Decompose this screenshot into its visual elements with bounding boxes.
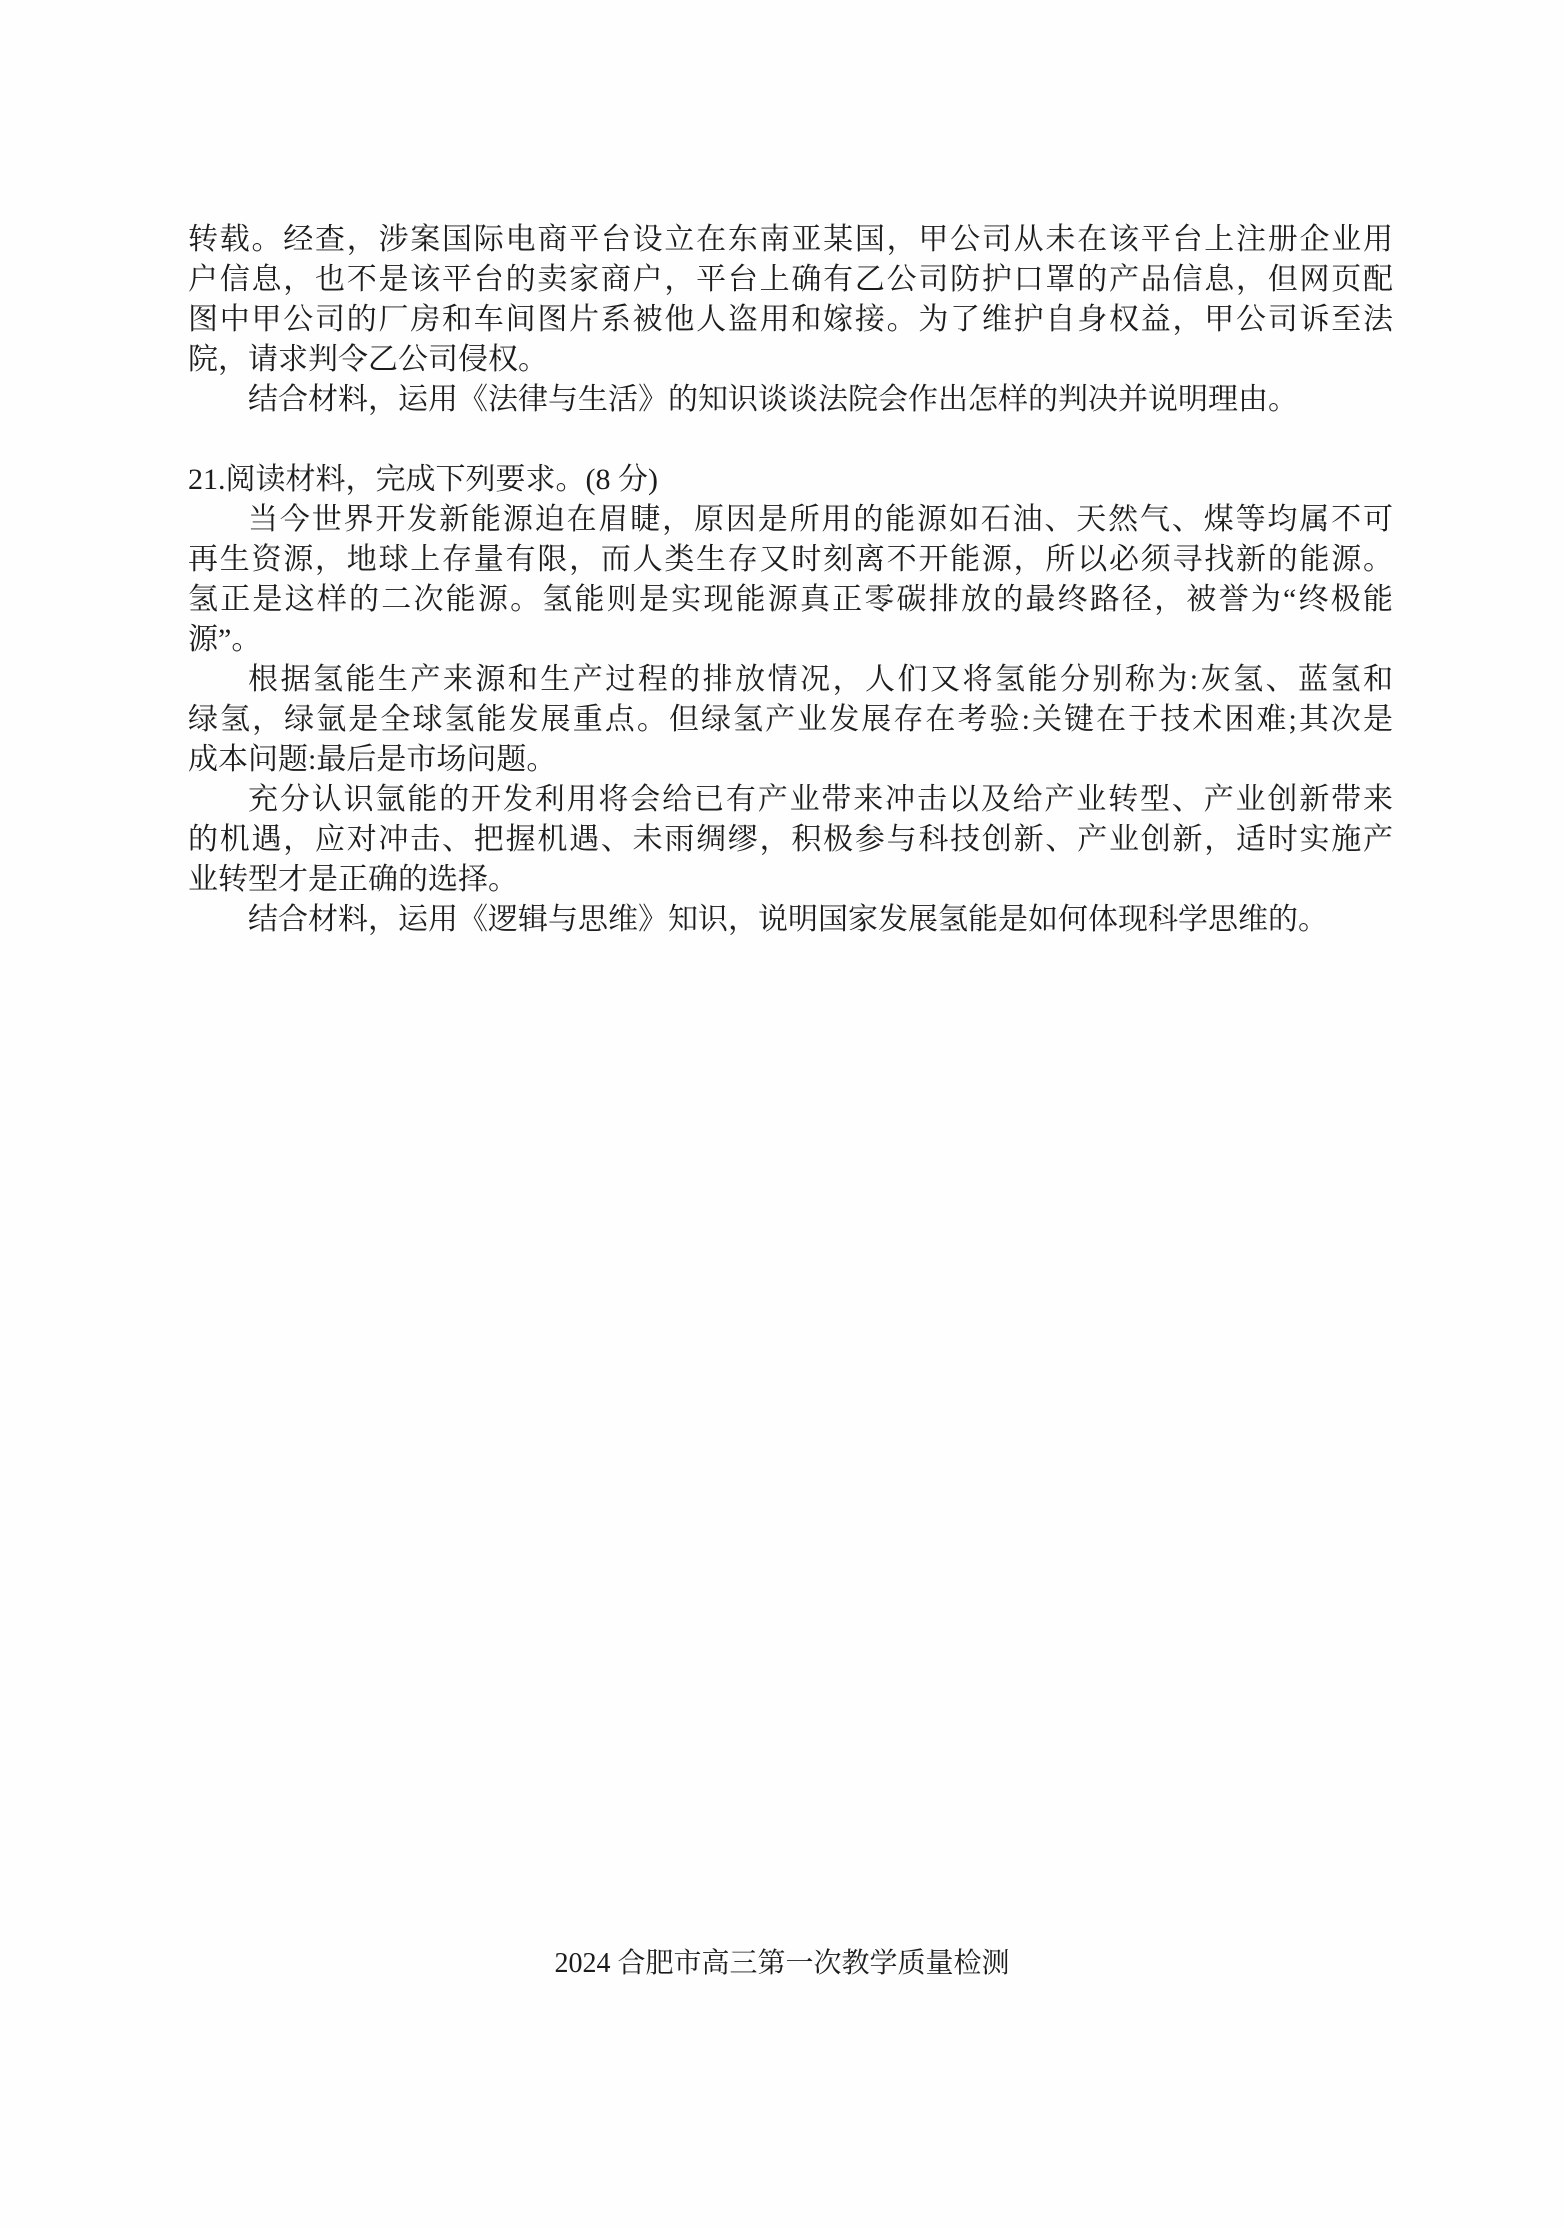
q20-question-prompt: 结合材料，运用《法律与生活》的知识谈谈法院会作出怎样的判决并说明理由。 <box>188 380 1393 420</box>
blank-line <box>188 420 1393 460</box>
q20-continuation-line: 院，请求判令乙公司侵权。 <box>188 340 1393 380</box>
q20-continuation-line: 图中甲公司的厂房和车间图片系被他人盗用和嫁接。为了维护自身权益，甲公司诉至法 <box>188 300 1393 340</box>
document-body: 转载。经查，涉案国际电商平台设立在东南亚某国，甲公司从未在该平台上注册企业用 户… <box>188 220 1393 940</box>
q20-continuation-line: 户信息，也不是该平台的卖家商户，平台上确有乙公司防护口罩的产品信息，但网页配 <box>188 260 1393 300</box>
q21-para3-line: 业转型才是正确的选择。 <box>188 860 1393 900</box>
q21-para1-line: 再生资源，地球上存量有限，而人类生存又时刻离不开能源，所以必须寻找新的能源。 <box>188 540 1393 580</box>
q21-heading: 21.阅读材料，完成下列要求。(8 分) <box>188 460 1393 500</box>
q21-para1-line: 源”。 <box>188 620 1393 660</box>
q21-para2-line: 绿氢，绿氩是全球氢能发展重点。但绿氢产业发展存在考验:关键在于技术困难;其次是 <box>188 700 1393 740</box>
exam-page: 转载。经查，涉案国际电商平台设立在东南亚某国，甲公司从未在该平台上注册企业用 户… <box>0 0 1564 2227</box>
q21-para2-line: 根据氢能生产来源和生产过程的排放情况，人们又将氢能分别称为:灰氢、蓝氢和 <box>188 660 1393 700</box>
q21-para1-line: 当今世界开发新能源迫在眉睫，原因是所用的能源如石油、天然气、煤等均属不可 <box>188 500 1393 540</box>
page-footer: 2024 合肥市高三第一次教学质量检测 <box>0 1944 1564 1984</box>
q21-question-prompt: 结合材料，运用《逻辑与思维》知识，说明国家发展氢能是如何体现科学思维的。 <box>188 900 1393 940</box>
q21-para1-line: 氢正是这样的二次能源。氢能则是实现能源真正零碳排放的最终路径，被誉为“终极能 <box>188 580 1393 620</box>
q20-continuation-line: 转载。经查，涉案国际电商平台设立在东南亚某国，甲公司从未在该平台上注册企业用 <box>188 220 1393 260</box>
q21-para3-line: 的机遇，应对冲击、把握机遇、未雨绸缪，积极参与科技创新、产业创新，适时实施产 <box>188 820 1393 860</box>
q21-para3-line: 充分认识氩能的开发利用将会给已有产业带来冲击以及给产业转型、产业创新带来 <box>188 780 1393 820</box>
footer-text: 2024 合肥市高三第一次教学质量检测 <box>554 1948 1009 1979</box>
q21-para2-line: 成本问题:最后是市场问题。 <box>188 740 1393 780</box>
